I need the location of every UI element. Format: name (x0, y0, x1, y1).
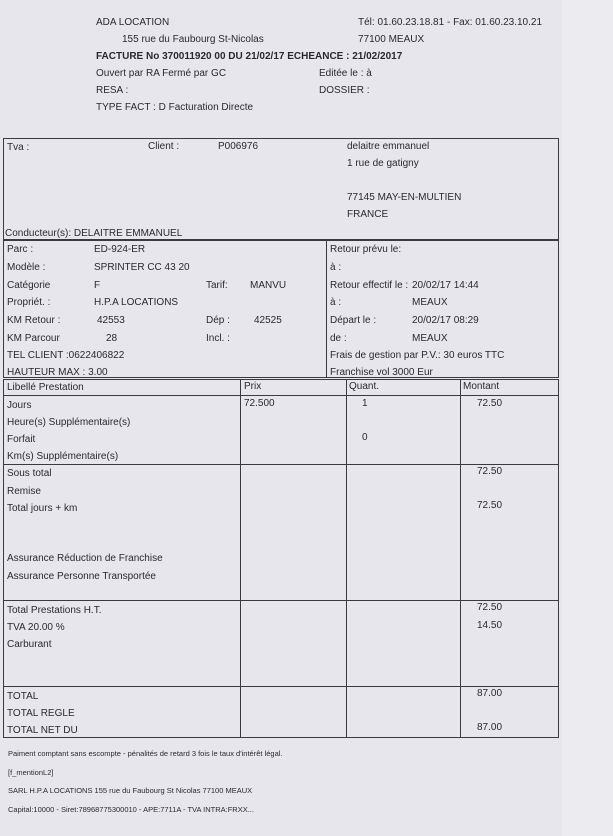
col-header-quant: Quant. (349, 381, 379, 392)
km-retour-label: KM Retour : (7, 315, 60, 326)
row-label-remise: Remise (7, 486, 41, 497)
categorie-label: Catégorie (7, 280, 50, 291)
categorie-value: F (94, 280, 100, 291)
tarif-value: MANVU (250, 280, 286, 291)
row-label-total-net-du: TOTAL NET DU (7, 725, 78, 736)
row-label-total-ht: Total Prestations H.T. (7, 605, 101, 616)
montant-tva: 14.50 (477, 620, 502, 631)
parc-label: Parc : (7, 244, 33, 255)
company-phone-fax: Tél: 01.60.23.18.81 - Fax: 01.60.23.10.2… (358, 17, 542, 28)
retour-prevu-a: à : (330, 262, 341, 273)
client-street: 1 rue de gatigny (347, 158, 419, 169)
retour-a-label: à : (330, 297, 341, 308)
modele-value: SPRINTER CC 43 20 (94, 262, 190, 273)
parc-value: ED-924-ER (94, 244, 145, 255)
client-postal-city: 77145 MAY-EN-MULTIEN (347, 192, 461, 203)
franchise-vol: Franchise vol 3000 Eur (330, 367, 433, 378)
company-name: ADA LOCATION (96, 17, 169, 28)
quant-forfait: 0 (362, 432, 368, 443)
row-label-carburant: Carburant (7, 639, 51, 650)
row-label-forfait: Forfait (7, 434, 35, 445)
propriet-label: Propriét. : (7, 297, 50, 308)
tel-client: TEL CLIENT :0622406822 (7, 350, 124, 361)
client-box (3, 138, 559, 240)
montant-total-net-du: 87.00 (477, 722, 502, 733)
montant-sous-total: 72.50 (477, 466, 502, 477)
row-label-sous-total: Sous total (7, 468, 51, 479)
hauteur-max: HAUTEUR MAX : 3.00 (7, 367, 108, 378)
drivers: Conducteur(s): DELAITRE EMMANUEL (5, 228, 182, 239)
montant-jours: 72.50 (477, 398, 502, 409)
company-address: 155 rue du Faubourg St-Nicolas (122, 34, 264, 45)
montant-total-ht: 72.50 (477, 602, 502, 613)
depart-label: Départ le : (330, 315, 376, 326)
quant-jours: 1 (362, 398, 368, 409)
tarif-label: Tarif: (206, 280, 228, 291)
retour-prevu: Retour prévu le: (330, 244, 401, 255)
row-label-assurance-personne: Assurance Personne Transportée (7, 571, 156, 582)
frais-gestion: Frais de gestion par P.V.: 30 euros TTC (330, 350, 504, 361)
row-label-heures-supp: Heure(s) Supplémentaire(s) (7, 417, 130, 428)
client-label: Client : (148, 141, 179, 152)
montant-total-jours-km: 72.50 (477, 500, 502, 511)
invoice-type: TYPE FACT : D Facturation Directe (96, 102, 253, 113)
client-id: P006976 (218, 141, 258, 152)
dep-label: Dép : (206, 315, 230, 326)
payment-terms: Paiment comptant sans escompte - pénalit… (8, 749, 283, 758)
company-legal-ids: Capital:10000 - Siret:78968775300010 - A… (8, 805, 254, 814)
edited-date: Editée le : à (319, 68, 372, 79)
row-label-tva: TVA 20.00 % (7, 622, 65, 633)
col-header-prix: Prix (244, 381, 261, 392)
de-label: de : (330, 333, 347, 344)
prix-jours: 72.500 (244, 398, 275, 409)
tva-label: Tva : (7, 142, 29, 153)
modele-label: Modèle : (7, 262, 45, 273)
dossier-label: DOSSIER : (319, 85, 370, 96)
col-header-libelle: Libellé Prestation (7, 382, 84, 393)
page-margin (562, 0, 613, 836)
retour-effectif-value: 20/02/17 14:44 (412, 280, 479, 291)
dep-value: 42525 (254, 315, 282, 326)
client-name: delaitre emmanuel (347, 141, 429, 152)
montant-total: 87.00 (477, 688, 502, 699)
company-legal-address: SARL H.P.A LOCATIONS 155 rue du Faubourg… (8, 786, 252, 795)
row-label-total-regle: TOTAL REGLE (7, 708, 75, 719)
row-label-assurance-franchise: Assurance Réduction de Franchise (7, 553, 163, 564)
mention-placeholder: [f_mentionL2] (8, 768, 53, 777)
row-label-total-jours-km: Total jours + km (7, 503, 77, 514)
client-country: FRANCE (347, 209, 388, 220)
retour-effectif-label: Retour effectif le : (330, 280, 408, 291)
de-value: MEAUX (412, 333, 448, 344)
opened-closed-by: Ouvert par RA Fermé par GC (96, 68, 226, 79)
row-label-kms-supp: Km(s) Supplémentaire(s) (7, 451, 118, 462)
propriet-value: H.P.A LOCATIONS (94, 297, 178, 308)
row-label-jours: Jours (7, 400, 31, 411)
km-retour-value: 42553 (97, 315, 125, 326)
row-label-total: TOTAL (7, 691, 38, 702)
invoice-number-line: FACTURE No 370011920 00 DU 21/02/17 ECHE… (96, 51, 402, 62)
col-header-montant: Montant (463, 381, 499, 392)
km-parcour-value: 28 (106, 333, 117, 344)
km-parcour-label: KM Parcour (7, 333, 60, 344)
incl-label: Incl. : (206, 333, 230, 344)
resa-label: RESA : (96, 85, 128, 96)
retour-a-value: MEAUX (412, 297, 448, 308)
depart-value: 20/02/17 08:29 (412, 315, 479, 326)
company-city: 77100 MEAUX (358, 34, 424, 45)
